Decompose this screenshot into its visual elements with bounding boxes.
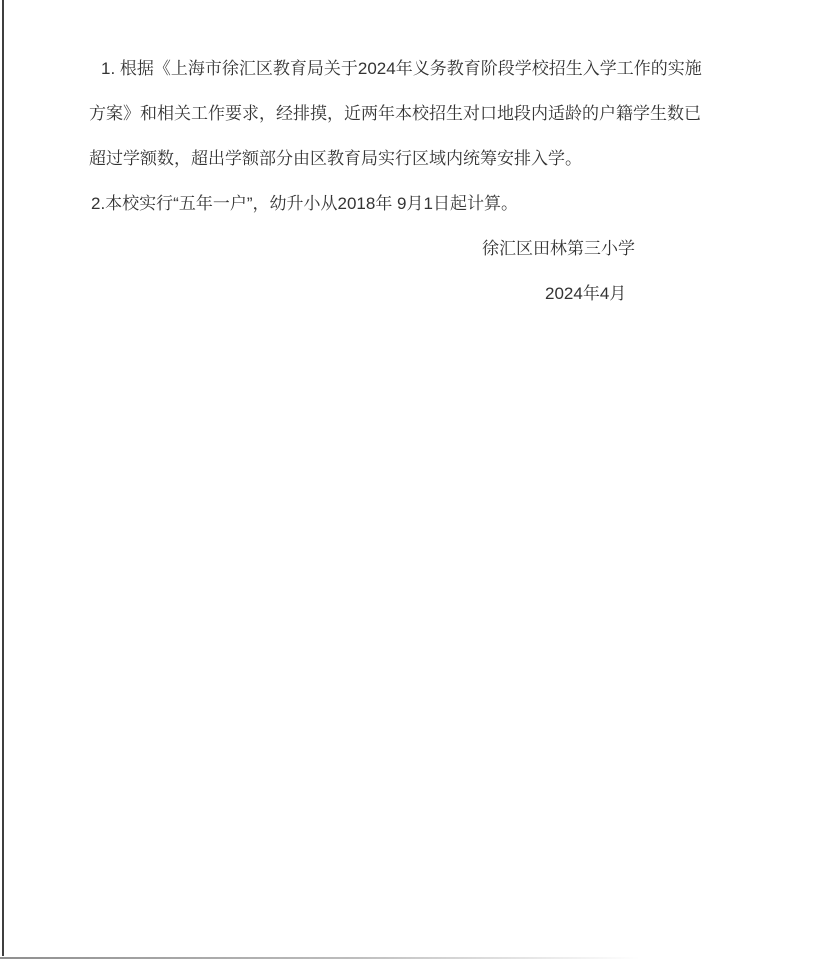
page-bottom-border-line [0,957,640,959]
document-page: 1. 根据《上海市徐汇区教育局关于2024年义务教育阶段学校招生入学工作的实施 … [0,0,831,961]
paragraph-1-line-2: 方案》和相关工作要求，经排摸，近两年本校招生对口地段内适龄的户籍学生数已 [89,103,701,125]
signature-date: 2024年4月 [545,283,626,305]
page-left-border-line [2,0,4,956]
signature-school-name: 徐汇区田林第三小学 [482,238,635,260]
paragraph-2-line-1: 2.本校实行“五年一户”，幼升小从2018年 9月1日起计算。 [91,193,518,215]
paragraph-1-line-1: 1. 根据《上海市徐汇区教育局关于2024年义务教育阶段学校招生入学工作的实施 [101,58,702,80]
paragraph-1-line-3: 超过学额数，超出学额部分由区教育局实行区域内统筹安排入学。 [89,148,582,170]
